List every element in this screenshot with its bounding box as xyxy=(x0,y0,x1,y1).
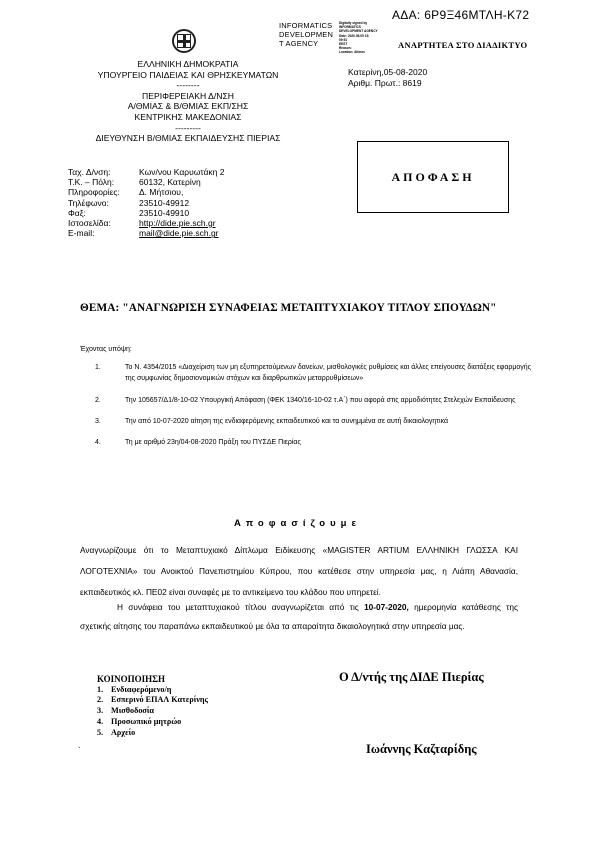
contact-row: Τ.Κ. – Πόλη:60132, Κατερίνη xyxy=(68,177,225,187)
cross-bar xyxy=(177,40,191,43)
stamp-line: DEVELOPMEN xyxy=(279,30,333,39)
list-item: 1.Ενδιαφερόμενο/η xyxy=(97,685,208,696)
list-item: 2.Εσπερινό ΕΠΑΛ Κατερίνης xyxy=(97,695,208,706)
item-number: 1. xyxy=(95,362,125,385)
item-text: Εσπερινό ΕΠΑΛ Κατερίνης xyxy=(111,695,208,706)
contact-value: 23510-49910 xyxy=(139,208,189,218)
contact-row: Φαξ:23510-49910 xyxy=(68,208,225,218)
contact-row: Ταχ. Δ/νση:Κων/νου Καρυωτάκη 2 xyxy=(68,167,225,177)
distribution-list: ΚΟΙΝΟΠΟΙΗΣΗ 1.Ενδιαφερόμενο/η 2.Εσπερινό… xyxy=(97,674,208,738)
sig-line: DEVELOPMENT AGENCY xyxy=(339,29,378,33)
ada-code: ΑΔΑ: 6Ρ9Ξ46ΜΤΛΗ-Κ72 xyxy=(392,8,529,22)
issuer-line: ΔΙΕΥΘΥΝΣΗ Β/ΘΜΙΑΣ ΕΚΠΑΙΔΕΥΣΗΣ ΠΙΕΡΙΑΣ xyxy=(70,133,306,144)
contact-label: Φαξ: xyxy=(68,208,139,218)
item-text: Το Ν. 4354/2015 «Διαχείριση των μη εξυπη… xyxy=(125,362,535,385)
contact-value: Δ. Μήτσιου, xyxy=(139,187,183,197)
issuer-line: ΥΠΟΥΡΓΕΙΟ ΠΑΙΔΕΙΑΣ ΚΑΙ ΘΡΗΣΚΕΥΜΑΤΩΝ xyxy=(70,70,306,81)
greek-coat-of-arms-icon xyxy=(172,29,196,53)
signer-name: Ιωάννης Καζταρίδης xyxy=(366,742,477,757)
item-number: 4. xyxy=(95,437,125,448)
effective-date-paragraph: Η συνάφεια του μεταπτυχιακού τίτλου αναγ… xyxy=(80,598,518,635)
list-item: 4.Προσωπικό μητρώο xyxy=(97,717,208,728)
item-text: Αρχείο xyxy=(111,728,135,739)
decision-box: ΑΠΟΦΑΣΗ xyxy=(357,141,509,213)
item-number: 5. xyxy=(97,728,111,739)
paragraph-text: Η συνάφεια του μεταπτυχιακού τίτλου αναγ… xyxy=(80,602,364,612)
list-item: 3. Την από 10-07-2020 αίτηση της ενδιαφε… xyxy=(95,416,535,427)
having-considered-label: Έχοντας υπόψη: xyxy=(80,346,132,353)
issuer-line: Α/ΘΜΙΑΣ & Β/ΘΜΙΑΣ ΕΚΠ/ΣΗΣ xyxy=(70,101,306,112)
issuer-line: ΚΕΝΤΡΙΚΗΣ ΜΑΚΕΔΟΝΙΑΣ xyxy=(70,112,306,123)
decision-paragraph: Αναγνωρίζουμε ότι το Μεταπτυχιακό Δίπλωμ… xyxy=(80,540,518,603)
issuer-block: ΕΛΛΗΝΙΚΗ ΔΗΜΟΚΡΑΤΙΑ ΥΠΟΥΡΓΕΙΟ ΠΑΙΔΕΙΑΣ Κ… xyxy=(70,59,306,144)
place-date: Κατερίνη,05-08-2020 xyxy=(348,67,427,78)
issuer-line: ΕΛΛΗΝΙΚΗ ΔΗΜΟΚΡΑΤΙΑ xyxy=(70,59,306,70)
contact-info: Ταχ. Δ/νση:Κων/νου Καρυωτάκη 2 Τ.Κ. – Πό… xyxy=(68,167,225,238)
item-number: 3. xyxy=(97,706,111,717)
contact-value: Κων/νου Καρυωτάκη 2 xyxy=(139,167,225,177)
list-item: 5.Αρχείο xyxy=(97,728,208,739)
contact-row: Πληροφορίες:Δ. Μήτσιου, xyxy=(68,187,225,197)
contact-label: Τ.Κ. – Πόλη: xyxy=(68,177,139,187)
digital-signature-details: Digitally signed by INFORMATICS DEVELOPM… xyxy=(339,21,378,55)
decision-label: ΑΠΟΦΑΣΗ xyxy=(391,170,474,185)
sig-line: Location: Athens xyxy=(339,50,378,54)
contact-value: 60132, Κατερίνη xyxy=(139,177,201,187)
contact-value: 23510-49912 xyxy=(139,198,189,208)
stamp-line: T AGENCY xyxy=(279,39,333,48)
item-text: Μισθοδοσία xyxy=(111,706,154,717)
email-link[interactable]: mail@dide.pie.sch.gr xyxy=(139,228,219,238)
contact-label: E-mail: xyxy=(68,228,139,238)
item-number: 4. xyxy=(97,717,111,728)
decide-heading: Αποφασίζουμε xyxy=(0,518,595,529)
stray-mark: ` xyxy=(78,746,81,755)
item-text: Ενδιαφερόμενο/η xyxy=(111,685,171,696)
list-item: 2.Την 105657/Δ1/8-10-02 Υπουργική Απόφασ… xyxy=(95,395,535,406)
effective-date: 10-07-2020, xyxy=(364,602,409,612)
issuer-line: --------- xyxy=(70,123,306,134)
item-number: 1. xyxy=(97,685,111,696)
contact-row: Ιστοσελίδα:http://dide.pie.sch.gr xyxy=(68,218,225,228)
item-text: Προσωπικό μητρώο xyxy=(111,717,181,728)
distribution-title: ΚΟΙΝΟΠΟΙΗΣΗ xyxy=(97,674,208,685)
contact-label: Πληροφορίες: xyxy=(68,187,139,197)
item-number: 2. xyxy=(95,395,125,406)
publish-note: ΑΝΑΡΤΗΤΕΑ ΣΤΟ ΔΙΑΔΙΚΤΥΟ xyxy=(398,40,527,50)
date-block: Κατερίνη,05-08-2020 Αριθμ. Πρωτ.: 8619 xyxy=(348,67,427,89)
considerations-list: 1.Το Ν. 4354/2015 «Διαχείριση των μη εξυ… xyxy=(95,362,535,458)
item-text: Την 105657/Δ1/8-10-02 Υπουργική Απόφαση … xyxy=(125,395,515,406)
contact-label: Ιστοσελίδα: xyxy=(68,218,139,228)
subject-line: ΘΕΜΑ: "ΑΝΑΓΝΩΡΙΣΗ ΣΥΝΑΦΕΙΑΣ ΜΕΤΑΠΤΥΧΙΑΚΟ… xyxy=(80,302,496,314)
contact-row: Τηλέφωνο:23510-49912 xyxy=(68,198,225,208)
list-item: 4. Τη με αριθμό 23η/04-08-2020 Πράξη του… xyxy=(95,437,535,448)
issuer-line: ΠΕΡΙΦΕΡΕΙΑΚΗ Δ/ΝΣΗ xyxy=(70,91,306,102)
signature-stamp-label: INFORMATICS DEVELOPMEN T AGENCY xyxy=(279,21,333,48)
issuer-line: -------- xyxy=(70,80,306,91)
item-number: 2. xyxy=(97,695,111,706)
contact-label: Τηλέφωνο: xyxy=(68,198,139,208)
contact-label: Ταχ. Δ/νση: xyxy=(68,167,139,177)
list-item: 3.Μισθοδοσία xyxy=(97,706,208,717)
list-item: 1.Το Ν. 4354/2015 «Διαχείριση των μη εξυ… xyxy=(95,362,535,385)
signer-title: Ο Δ/ντής της ΔΙΔΕ Πιερίας xyxy=(339,670,484,685)
contact-row: E-mail:mail@dide.pie.sch.gr xyxy=(68,228,225,238)
item-text: Τη με αριθμό 23η/04-08-2020 Πράξη του ΠΥ… xyxy=(125,437,301,448)
item-text: Την από 10-07-2020 αίτηση της ενδιαφερόμ… xyxy=(125,416,448,427)
stamp-line: INFORMATICS xyxy=(279,21,333,30)
protocol-number: Αριθμ. Πρωτ.: 8619 xyxy=(348,78,427,89)
item-number: 3. xyxy=(95,416,125,427)
website-link[interactable]: http://dide.pie.sch.gr xyxy=(139,218,216,228)
